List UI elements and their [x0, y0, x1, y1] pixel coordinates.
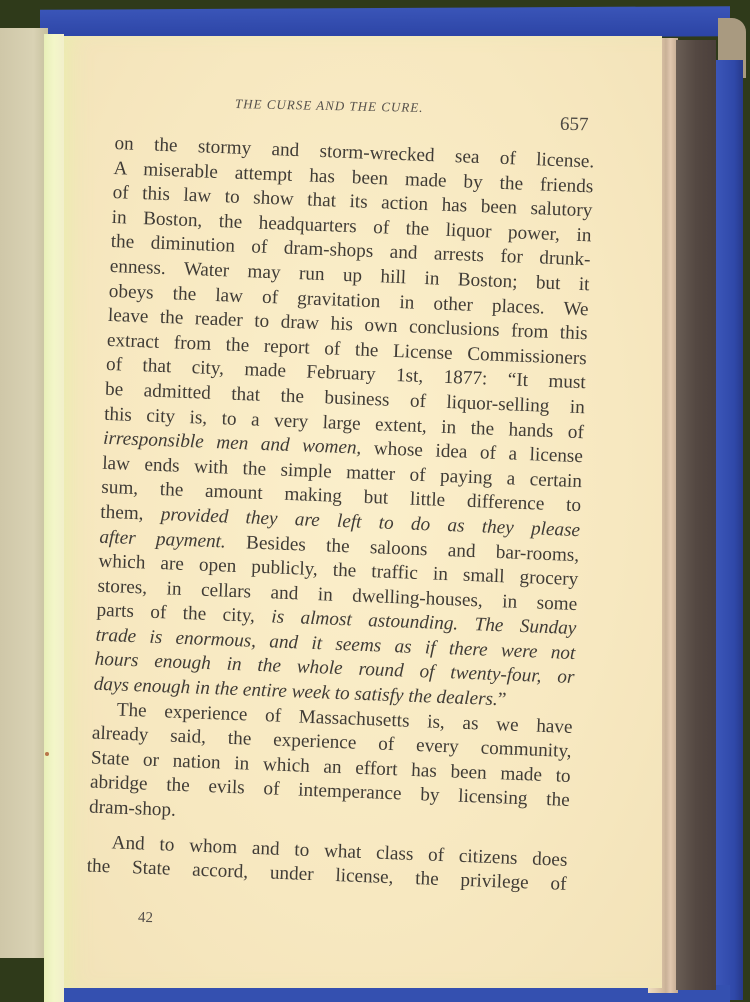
book-cover-top-edge [40, 6, 730, 40]
book-page: THE CURSE AND THE CURE. 657 on the storm… [60, 36, 662, 988]
roman-run: them, [100, 502, 161, 525]
signature-mark: 42 [138, 910, 153, 927]
roman-run: ” [497, 689, 506, 710]
facing-page-edge [0, 28, 48, 958]
paper-speck [45, 752, 49, 756]
page-gutter [44, 34, 64, 1002]
italic-run: after payment. [99, 526, 226, 552]
body-text: on the stormy and storm-wrecked sea of l… [86, 132, 594, 898]
cover-board-edge [676, 40, 716, 990]
book-cover-right-edge [715, 60, 743, 1000]
running-head: THE CURSE AND THE CURE. [235, 96, 424, 116]
page-number: 657 [560, 114, 589, 137]
roman-run: parts of the city, [96, 600, 272, 628]
